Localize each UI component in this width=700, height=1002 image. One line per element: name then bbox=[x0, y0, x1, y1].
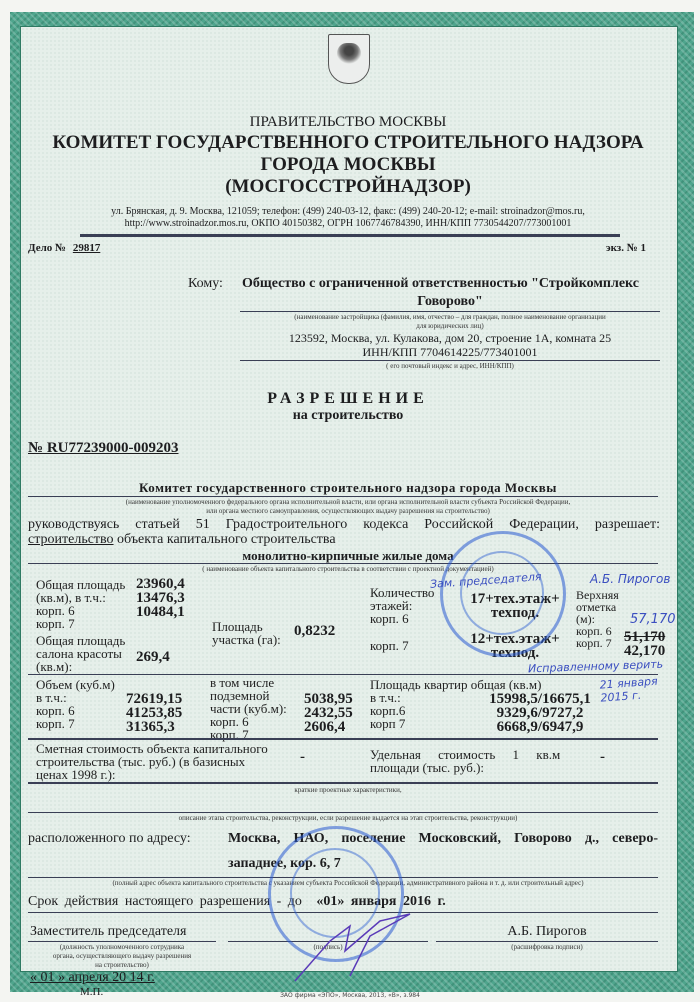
handwritten-certification: Исправленному верить bbox=[528, 658, 664, 676]
position-underline bbox=[28, 941, 216, 942]
recipient-name-underline bbox=[240, 311, 660, 312]
brief-characteristics-caption: краткие проектные характеристики, bbox=[20, 786, 676, 794]
volume-label: Объем (куб.м)в т.ч.:корп. 6корп. 7 bbox=[36, 678, 115, 730]
recipient-name-caption-2: для юридических лиц) bbox=[240, 322, 660, 330]
salon-area-value: 269,4 bbox=[136, 650, 170, 664]
committee-name-line2: ГОРОДА МОСКВЫ bbox=[20, 154, 676, 176]
signer-name-underline bbox=[436, 941, 658, 942]
case-label: Дело № bbox=[28, 242, 66, 254]
estimated-cost-value: - bbox=[300, 750, 305, 764]
committee-contacts-line1: ул. Брянская, д. 9. Москва, 121059; теле… bbox=[20, 206, 676, 217]
recipient-address: 123592, Москва, ул. Кулакова, дом 20, ст… bbox=[240, 331, 660, 346]
committee-short-name: (МОСГОССТРОЙНАДЗОР) bbox=[20, 176, 676, 198]
object-name: монолитно-кирпичные жилые дома bbox=[20, 548, 676, 564]
authority-caption-2: или органа местного самоуправления, осущ… bbox=[20, 507, 676, 515]
apartments-area-values: 15998,5/16675,19329,6/9727,26668,9/6947,… bbox=[460, 692, 620, 734]
authority-name: Комитет государственного строительного н… bbox=[20, 480, 676, 496]
permit-subtitle: на строительство bbox=[20, 408, 676, 424]
header-divider bbox=[80, 234, 620, 237]
validity-label: Срок действия настоящего разрешения - до bbox=[28, 894, 302, 909]
total-area-values: 23960,413476,310484,1 bbox=[136, 577, 185, 619]
position-caption: (должность уполномоченного сотрудникаорг… bbox=[28, 943, 216, 970]
unit-cost-label: Удельная стоимость 1 кв.мплощади (тыс. р… bbox=[370, 748, 560, 774]
recipient-name-caption-1: (наименование застройщика (фамилия, имя,… bbox=[240, 313, 660, 321]
unit-cost-value: - bbox=[600, 750, 605, 764]
signature-scribble-icon bbox=[290, 906, 430, 986]
recipient-address-underline bbox=[240, 360, 660, 361]
floors-label: Количествоэтажей:корп. 6корп. 7 bbox=[370, 586, 434, 652]
authority-caption-1: (наименование уполномоченного федерально… bbox=[20, 498, 676, 506]
plot-area-label: Площадьучастка (га): bbox=[212, 620, 281, 646]
location-label: расположенного по адресу: bbox=[28, 831, 191, 847]
recipient-name-line1: Общество с ограниченной ответственностью… bbox=[242, 276, 639, 292]
recipient-inn: ИНН/КПП 7704614225/773401001 bbox=[240, 345, 660, 360]
salon-area-label: Общая площадьсалона красоты(кв.м): bbox=[36, 634, 125, 673]
legal-basis-line1: руководствуясь статьей 51 Градостроитель… bbox=[28, 517, 660, 533]
permitted-activity: строительство bbox=[28, 532, 114, 547]
legal-basis-line2: строительство объекта капитального строи… bbox=[28, 532, 336, 548]
signer-name: А.Б. Пирогов bbox=[436, 924, 658, 940]
underground-volume-values: 5038,952432,552606,4 bbox=[304, 692, 353, 734]
estimated-cost-label: Сметная стоимость объекта капитальногост… bbox=[36, 742, 276, 781]
recipient-name-line2: Говорово" bbox=[240, 294, 660, 310]
signer-position: Заместитель председателя bbox=[30, 924, 210, 940]
permit-title: РАЗРЕШЕНИЕ bbox=[20, 390, 676, 408]
official-stamp-inner-ring bbox=[460, 551, 544, 635]
underground-volume-label: в том числеподземнойчасти (куб.м):корп. … bbox=[210, 676, 287, 741]
government-name: ПРАВИТЕЛЬСТВО МОСКВЫ bbox=[20, 114, 676, 131]
recipient-address-caption: ( его почтовый индекс и адрес, ИНН/КПП) bbox=[240, 362, 660, 370]
committee-contacts-line2: http://www.stroinadzor.mos.ru, ОКПО 4015… bbox=[20, 218, 676, 229]
stage-underline bbox=[28, 812, 658, 813]
plot-area-value: 0,8232 bbox=[294, 624, 335, 638]
top-height-label: Верхняяотметка(м):корп. 6корп. 7 bbox=[576, 589, 619, 649]
handwritten-corrected-height: 57,170 bbox=[630, 612, 676, 627]
committee-name-line1: КОМИТЕТ ГОСУДАРСТВЕННОГО СТРОИТЕЛЬНОГО Н… bbox=[20, 132, 676, 154]
moscow-coat-of-arms-icon bbox=[328, 34, 370, 84]
recipient-label: Кому: bbox=[188, 276, 223, 292]
params-divider-3 bbox=[28, 782, 658, 784]
authority-underline bbox=[28, 496, 658, 497]
printer-footer: ЗАО фирма «ЭПО», Москва, 2013, «В», з.98… bbox=[0, 992, 700, 999]
handwritten-certification-date: 21 января 2015 г. bbox=[599, 673, 677, 704]
total-area-label: Общая площадь(кв.м), в т.ч.:корп. 6корп.… bbox=[36, 578, 125, 630]
object-underline bbox=[28, 563, 658, 564]
case-value: 29817 bbox=[73, 242, 101, 254]
handwritten-name: А.Б. Пирогов bbox=[590, 572, 670, 586]
object-caption: ( наименование объекта капитального стро… bbox=[20, 565, 676, 573]
case-number: Дело № 29817 bbox=[28, 242, 100, 254]
stage-caption: описание этапа строительства, реконструк… bbox=[20, 814, 676, 822]
volume-values: 72619,1541253,8531365,3 bbox=[126, 692, 182, 734]
permitted-activity-object: объекта капитального строительства bbox=[114, 532, 336, 547]
params-divider-1 bbox=[28, 674, 658, 675]
issue-date: « 01 » апреля 20 14 г. bbox=[30, 970, 155, 986]
top-height-values: 51,17042,170 bbox=[624, 630, 665, 658]
signer-name-caption: (расшифровка подписи) bbox=[436, 943, 658, 951]
copy-number: экз. № 1 bbox=[606, 242, 646, 254]
construction-permit-document: ПРАВИТЕЛЬСТВО МОСКВЫ КОМИТЕТ ГОСУДАРСТВЕ… bbox=[20, 26, 676, 970]
permit-number: № RU77239000-009203 bbox=[28, 440, 178, 457]
params-divider-2 bbox=[28, 738, 658, 740]
